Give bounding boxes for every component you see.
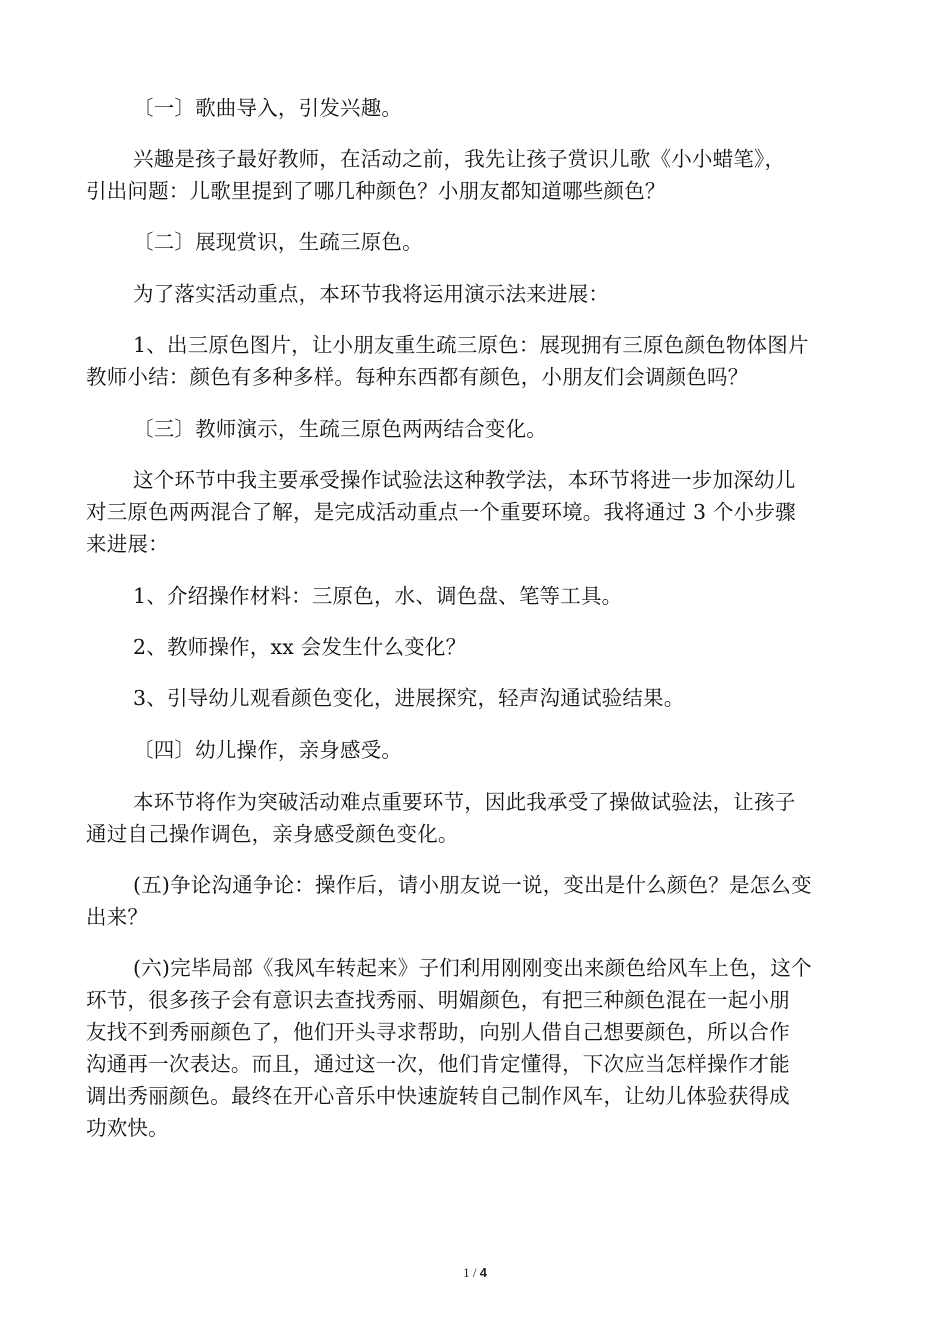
section-heading-6: (六)完毕局部《我风车转起来》子们利用刚刚变出来颜色给风车上色，这个: [133, 952, 923, 984]
list-item-line: 2、教师操作，xx 会发生什么变化？: [133, 631, 923, 663]
section-heading-1: 〔一〕歌曲导入，引发兴趣。: [133, 92, 923, 124]
list-item-line: 1、介绍操作材料：三原色，水、调色盘、笔等工具。: [133, 580, 923, 612]
paragraph-line: 来进展：: [86, 528, 876, 560]
paragraph-line: 引出问题：儿歌里提到了哪几种颜色？小朋友都知道哪些颜色？: [86, 175, 876, 207]
paragraph-line: 友找不到秀丽颜色了，他们开头寻求帮助，向别人借自己想要颜色，所以合作: [86, 1016, 876, 1048]
paragraph-line: 功欢快。: [86, 1112, 876, 1144]
section-heading-5: (五)争论沟通争论：操作后，请小朋友说一说，变出是什么颜色？是怎么变: [133, 869, 923, 901]
paragraph-line: 对三原色两两混合了解，是完成活动重点一个重要环境。我将通过 3 个小步骤: [86, 496, 876, 528]
paragraph-line: 这个环节中我主要承受操作试验法这种教学法，本环节将进一步加深幼儿: [133, 464, 923, 496]
paragraph-line: 沟通再一次表达。而且，通过这一次，他们肯定懂得，下次应当怎样操作才能: [86, 1048, 876, 1080]
list-item-line: 1、出三原色图片，让小朋友重生疏三原色：展现拥有三原色颜色物体图片: [133, 329, 923, 361]
paragraph-line: 出来？: [86, 901, 876, 933]
section-heading-4: 〔四〕幼儿操作，亲身感受。: [133, 734, 923, 766]
page-number: 1 / 4: [0, 1264, 950, 1282]
document-page: 〔一〕歌曲导入，引发兴趣。 兴趣是孩子最好教师，在活动之前，我先让孩子赏识儿歌《…: [0, 0, 950, 1344]
section-heading-2: 〔二〕展现赏识，生疏三原色。: [133, 226, 923, 258]
paragraph-line: 通过自己操作调色，亲身感受颜色变化。: [86, 818, 876, 850]
page-separator: /: [470, 1265, 480, 1280]
paragraph-line: 环节，很多孩子会有意识去查找秀丽、明媚颜色，有把三种颜色混在一起小朋: [86, 984, 876, 1016]
paragraph-line: 调出秀丽颜色。最终在开心音乐中快速旋转自己制作风车，让幼儿体验获得成: [86, 1080, 876, 1112]
paragraph-line: 本环节将作为突破活动难点重要环节，因此我承受了操做试验法，让孩子: [133, 786, 923, 818]
section-heading-3: 〔三〕教师演示，生疏三原色两两结合变化。: [133, 413, 923, 445]
list-item-line: 3、引导幼儿观看颜色变化，进展探究，轻声沟通试验结果。: [133, 682, 923, 714]
paragraph-line: 兴趣是孩子最好教师，在活动之前，我先让孩子赏识儿歌《小小蜡笔》，: [133, 143, 923, 175]
paragraph-line: 为了落实活动重点，本环节我将运用演示法来进展：: [133, 278, 923, 310]
page-total: 4: [480, 1265, 487, 1280]
list-item-line: 教师小结：颜色有多种多样。每种东西都有颜色，小朋友们会调颜色吗？: [86, 361, 876, 393]
